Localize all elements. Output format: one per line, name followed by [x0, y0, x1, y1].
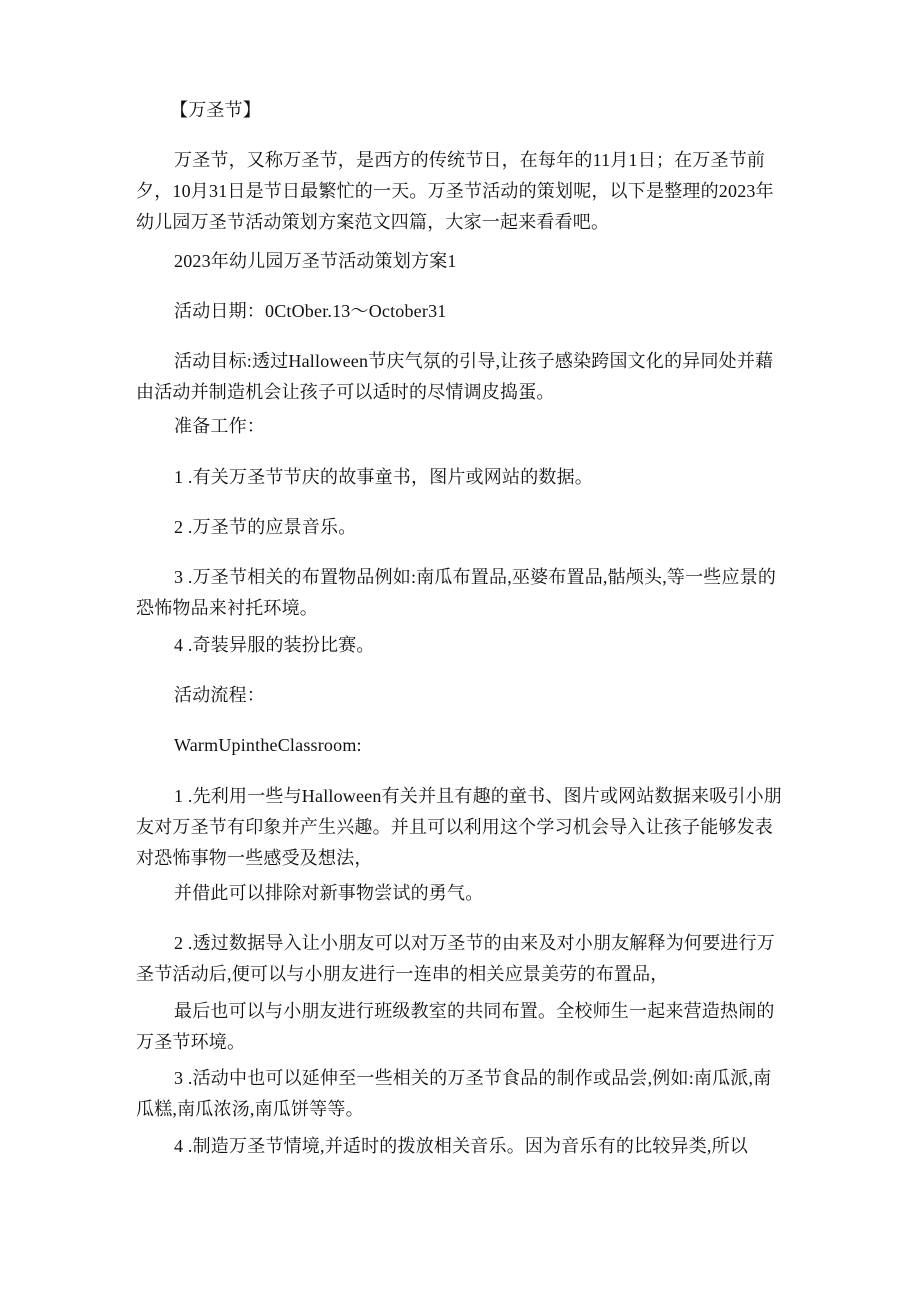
warmup-heading: WarmUpintheClassroom:: [136, 730, 782, 761]
preparation-item-3: 3 .万圣节相关的布置物品例如:南瓜布置品,巫婆布置品,骷颅头,等一些应景的恐怖…: [136, 562, 782, 624]
preparation-heading: 准备工作：: [136, 411, 782, 442]
preparation-item-2: 2 .万圣节的应景音乐。: [136, 512, 782, 543]
activity-goal: 活动目标:透过Halloween节庆气氛的引导,让孩子感染跨国文化的异同处并藉由…: [136, 346, 782, 408]
flow-item-1-continued: 并借此可以排除对新事物尝试的勇气。: [136, 878, 782, 909]
document-title: 【万圣节】: [136, 95, 782, 126]
flow-item-2-continued: 最后也可以与小朋友进行班级教室的共同布置。全校师生一起来营造热闹的万圣节环境。: [136, 996, 782, 1058]
preparation-item-1: 1 .有关万圣节节庆的故事童书，图片或网站的数据。: [136, 462, 782, 493]
plan-title: 2023年幼儿园万圣节活动策划方案1: [136, 246, 782, 277]
intro-paragraph: 万圣节，又称万圣节，是西方的传统节日，在每年的11月1日；在万圣节前夕，10月3…: [136, 145, 782, 238]
preparation-item-4: 4 .奇装异服的装扮比赛。: [136, 630, 782, 661]
flow-item-2: 2 .透过数据导入让小朋友可以对万圣节的由来及对小朋友解释为何要进行万圣节活动后…: [136, 928, 782, 990]
flow-item-3: 3 .活动中也可以延伸至一些相关的万圣节食品的制作或品尝,例如:南瓜派,南瓜糕,…: [136, 1063, 782, 1125]
activity-date: 活动日期：0CtOber.13～October31: [136, 296, 782, 327]
flow-item-1: 1 .先利用一些与Halloween有关并且有趣的童书、图片或网站数据来吸引小朋…: [136, 781, 782, 874]
flow-item-4: 4 .制造万圣节情境,并适时的拨放相关音乐。因为音乐有的比较异类,所以: [136, 1131, 782, 1162]
flow-heading: 活动流程：: [136, 680, 782, 711]
